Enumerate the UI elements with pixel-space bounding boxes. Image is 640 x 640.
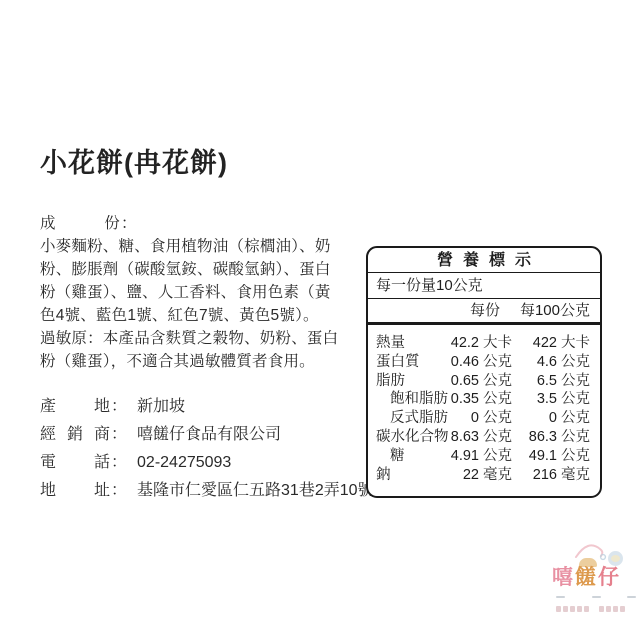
logo-tagline-illegible	[556, 606, 636, 612]
row-per-serving: 0.35 公克	[450, 390, 512, 409]
mark	[556, 596, 565, 598]
row-per-100g: 4.6 公克	[512, 353, 590, 372]
brand-logo-text: 嘻饈仔	[552, 565, 640, 591]
per-serving-header: 每份	[450, 299, 512, 322]
nutrition-row-carbohydrate: 碳水化合物 8.63 公克 86.3 公克	[368, 428, 600, 447]
brand-char: 饈	[575, 566, 598, 589]
dot	[563, 606, 568, 612]
row-per-serving: 42.2 大卡	[450, 334, 512, 353]
address-value: 基隆市仁愛區仁五路31巷2弄10號	[137, 482, 374, 499]
serving-size: 每一份量10公克	[368, 273, 600, 299]
mark	[592, 596, 601, 598]
address-label: 地址	[40, 477, 110, 505]
row-per-serving: 22 毫克	[450, 466, 512, 485]
allergen-text-line: 過敏原：本產品含麩質之穀物、奶粉、蛋白	[40, 327, 370, 350]
dot	[599, 606, 604, 612]
row-per-100g: 49.1 公克	[512, 447, 590, 466]
nutrition-row-protein: 蛋白質 0.46 公克 4.6 公克	[368, 353, 600, 372]
nutrition-column-headers: 每份 每100公克	[368, 299, 600, 325]
dot	[613, 606, 618, 612]
distributor-row: 經銷商：嘻饈仔食品有限公司	[40, 421, 374, 449]
ingredients-text-line: 色4號、藍色1號、紅色7號、黃色5號）。	[40, 304, 370, 327]
phone-value: 02-24275093	[137, 454, 231, 471]
nutrition-row-sodium: 鈉 22 毫克 216 毫克	[368, 466, 600, 485]
distributor-label: 經銷商	[40, 421, 110, 449]
colon: ：	[111, 454, 127, 471]
row-per-100g: 3.5 公克	[512, 390, 590, 409]
ingredients-label: 成份	[40, 212, 120, 235]
row-per-100g: 422 大卡	[512, 334, 590, 353]
dot	[556, 606, 561, 612]
ingredients-text-line: 粉（雞蛋）、鹽、人工香料、食用色素（黃	[40, 281, 370, 304]
nutrition-row-saturated-fat: 飽和脂肪 0.35 公克 3.5 公克	[368, 390, 600, 409]
ingredients-header: 成份：	[40, 212, 370, 235]
row-label: 飽和脂肪	[376, 390, 450, 409]
origin-label: 產地	[40, 393, 110, 421]
mascot-doodle-icon	[608, 551, 623, 566]
nutrition-row-sugar: 糖 4.91 公克 49.1 公克	[368, 447, 600, 466]
colon: ：	[111, 426, 127, 443]
nutrition-rows: 熱量 42.2 大卡 422 大卡 蛋白質 0.46 公克 4.6 公克 脂肪 …	[368, 325, 600, 484]
allergen-text-line: 粉（雞蛋），不適合其過敏體質者食用。	[40, 350, 370, 373]
row-label: 反式脂肪	[376, 409, 450, 428]
row-per-serving: 4.91 公克	[450, 447, 512, 466]
row-per-serving: 0.46 公克	[450, 353, 512, 372]
row-label: 鈉	[376, 466, 450, 485]
dot	[584, 606, 589, 612]
row-per-serving: 8.63 公克	[450, 428, 512, 447]
row-per-serving: 0.65 公克	[450, 372, 512, 391]
row-label: 蛋白質	[376, 353, 450, 372]
brand-watermark: 嘻饈仔	[552, 543, 640, 625]
row-label: 熱量	[376, 334, 450, 353]
distributor-value: 嘻饈仔食品有限公司	[137, 426, 281, 443]
dot	[606, 606, 611, 612]
brand-char: 嘻	[552, 566, 575, 589]
nutrition-facts-table: 營養標示 每一份量10公克 每份 每100公克 熱量 42.2 大卡 422 大…	[366, 246, 602, 498]
dot	[570, 606, 575, 612]
row-per-serving: 0 公克	[450, 409, 512, 428]
origin-row: 產地：新加坡	[40, 393, 374, 421]
per-100g-header: 每100公克	[512, 299, 590, 322]
colon: ：	[111, 398, 127, 415]
phone-row: 電話：02-24275093	[40, 449, 374, 477]
row-per-100g: 0 公克	[512, 409, 590, 428]
address-row: 地址：基隆市仁愛區仁五路31巷2弄10號	[40, 477, 374, 505]
empty-cell	[376, 299, 450, 322]
colon: ：	[111, 482, 127, 499]
brand-char: 仔	[598, 566, 621, 589]
row-per-100g: 86.3 公克	[512, 428, 590, 447]
distributor-info-section: 產地：新加坡 經銷商：嘻饈仔食品有限公司 電話：02-24275093 地址：基…	[40, 393, 374, 505]
nutrition-row-trans-fat: 反式脂肪 0 公克 0 公克	[368, 409, 600, 428]
dot	[577, 606, 582, 612]
origin-value: 新加坡	[137, 398, 185, 415]
row-label: 脂肪	[376, 372, 450, 391]
colon: ：	[121, 215, 137, 232]
ingredients-text-line: 小麥麵粉、糖、食用植物油（棕櫚油）、奶	[40, 235, 370, 258]
dot	[620, 606, 625, 612]
gap	[591, 606, 597, 612]
logo-divider-marks	[556, 596, 636, 598]
nutrition-row-calories: 熱量 42.2 大卡 422 大卡	[368, 334, 600, 353]
nutrition-row-fat: 脂肪 0.65 公克 6.5 公克	[368, 372, 600, 391]
row-per-100g: 216 毫克	[512, 466, 590, 485]
ingredients-text-line: 粉、膨脹劑（碳酸氫銨、碳酸氫鈉）、蛋白	[40, 258, 370, 281]
phone-label: 電話	[40, 449, 110, 477]
nutrition-title: 營養標示	[368, 248, 600, 273]
ingredients-section: 成份： 小麥麵粉、糖、食用植物油（棕櫚油）、奶 粉、膨脹劑（碳酸氫銨、碳酸氫鈉）…	[40, 212, 370, 373]
row-label: 碳水化合物	[376, 428, 450, 447]
row-label: 糖	[376, 447, 450, 466]
row-per-100g: 6.5 公克	[512, 372, 590, 391]
product-title: 小花餅(冉花餅)	[40, 141, 228, 180]
mark	[627, 596, 636, 598]
